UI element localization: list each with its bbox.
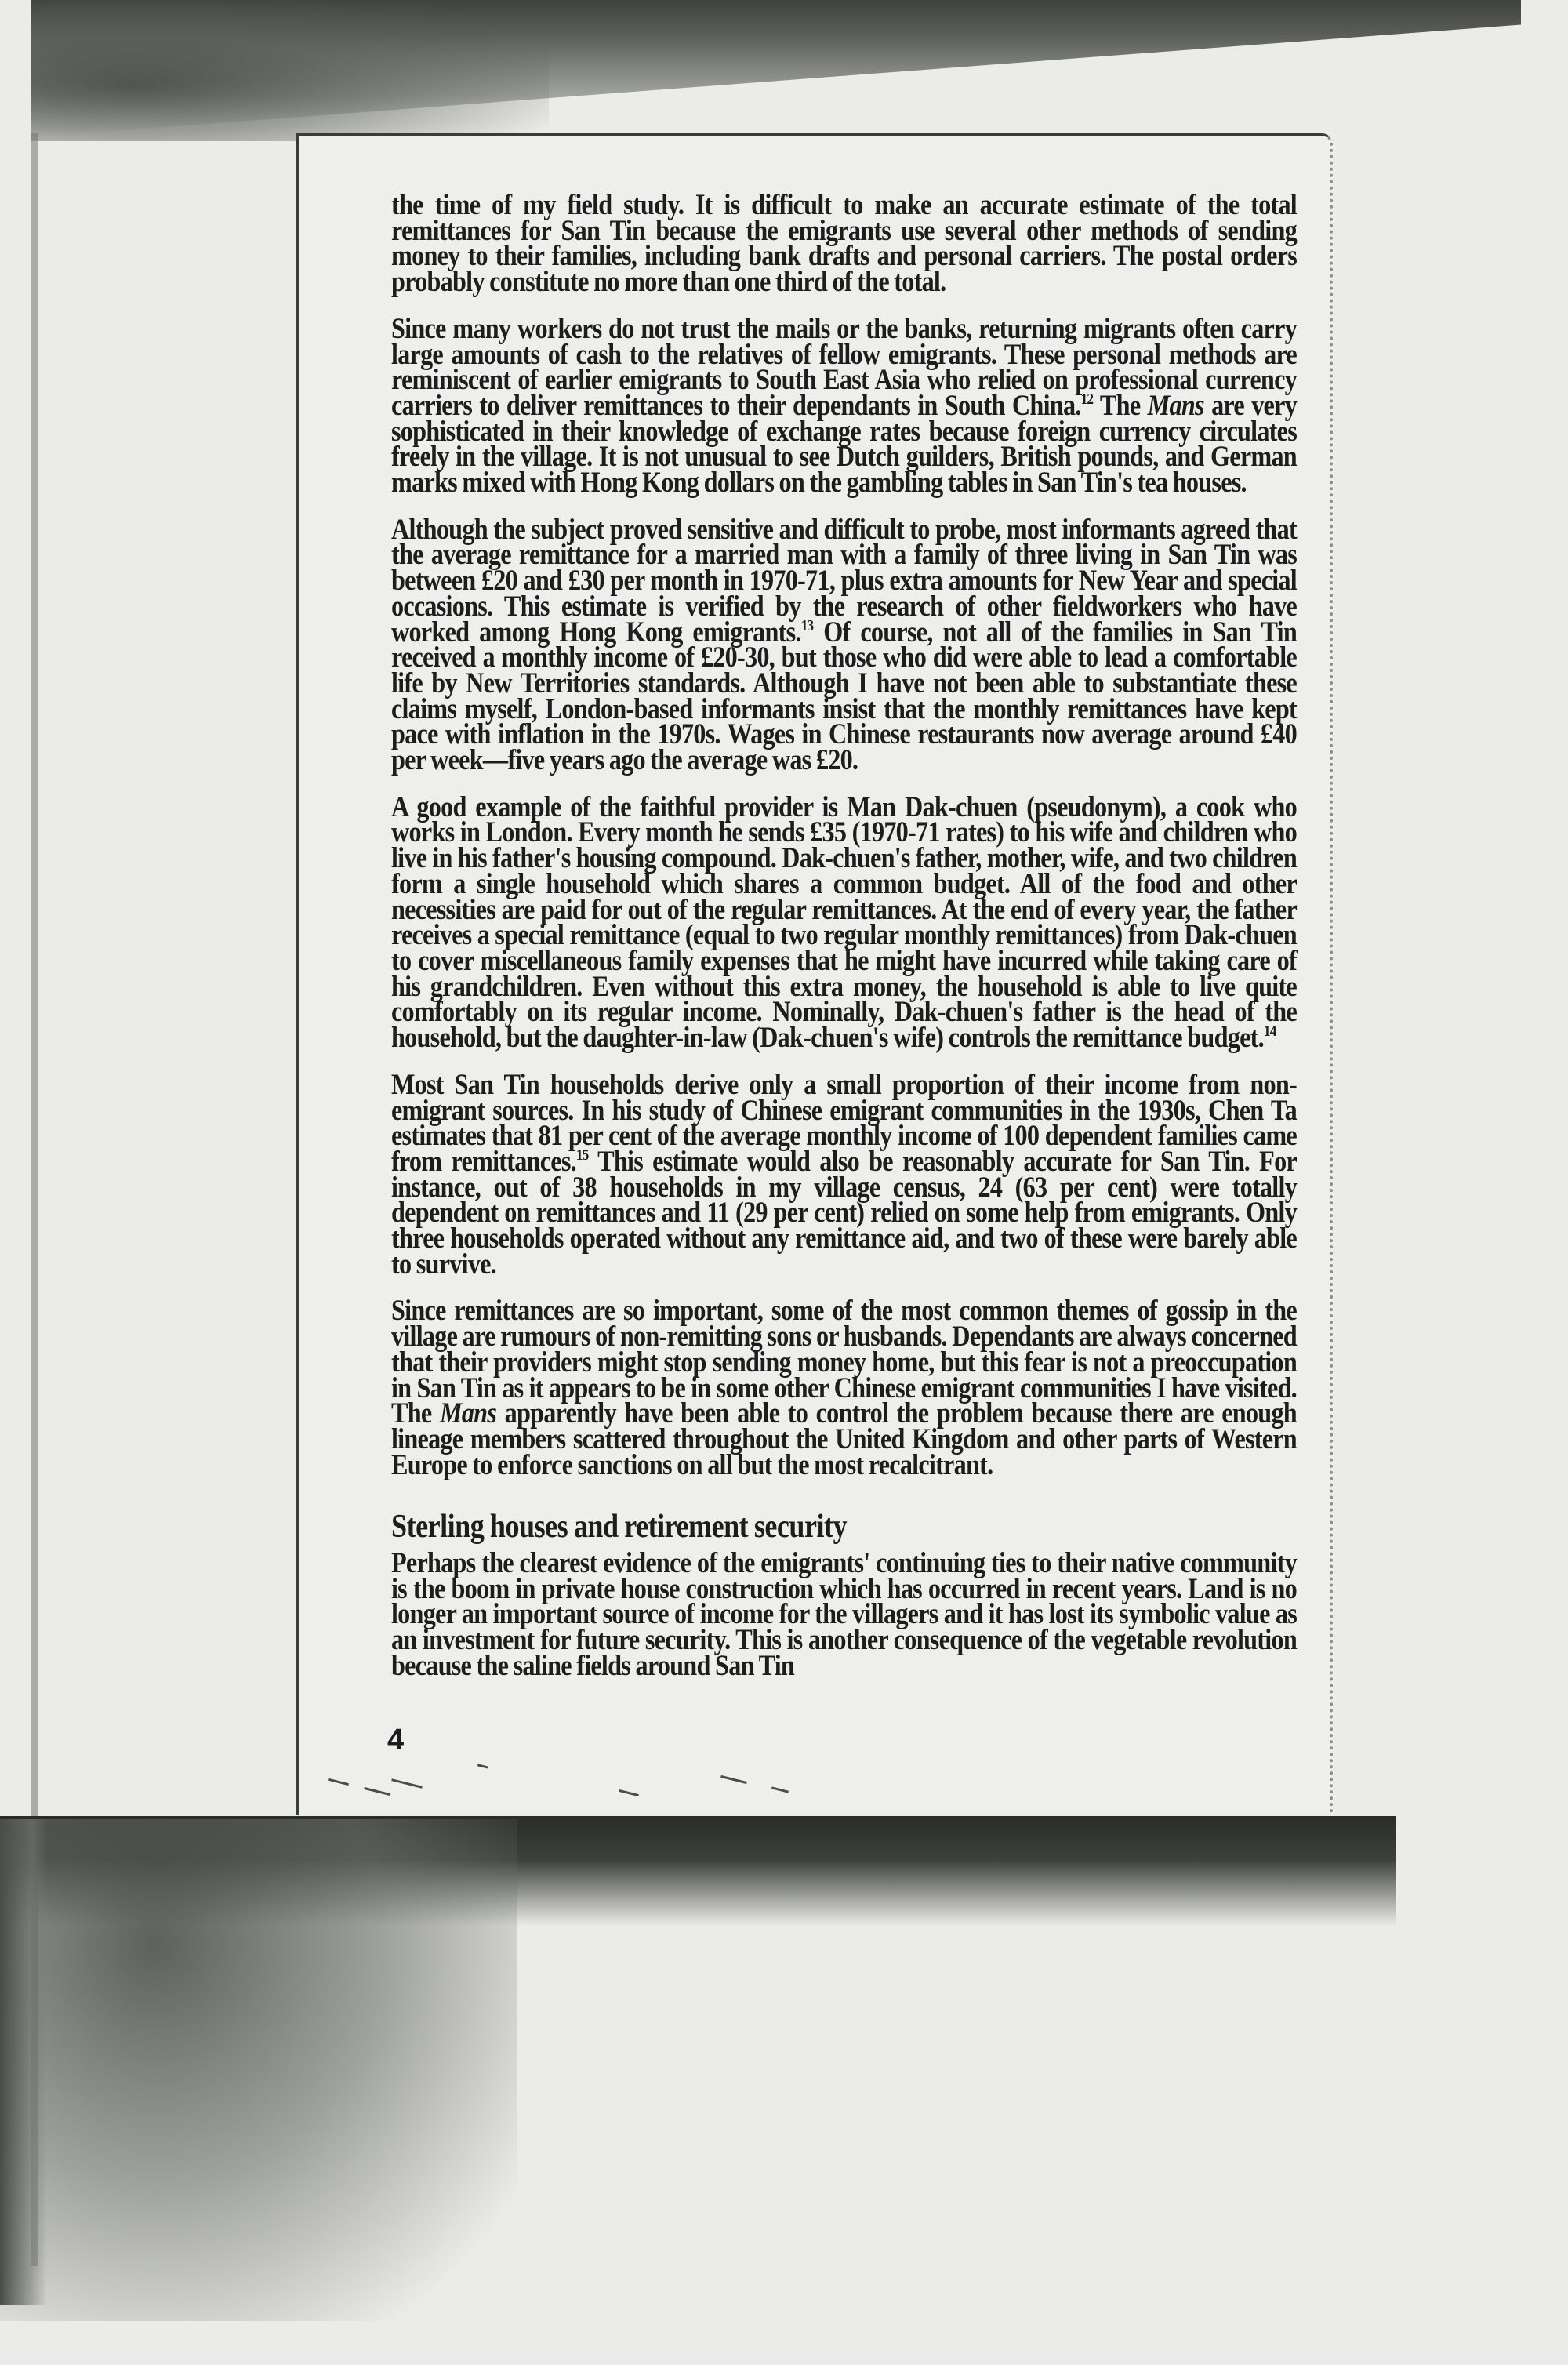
- paragraph: Perhaps the clearest evidence of the emi…: [391, 1551, 1297, 1680]
- document-page: the time of my field study. It is diffic…: [296, 133, 1333, 1815]
- footnote-ref: 14: [1264, 1023, 1276, 1040]
- paragraph: Most San Tin households derive only a sm…: [391, 1073, 1297, 1278]
- paragraph: the time of my field study. It is diffic…: [391, 193, 1297, 296]
- scan-noise-marks: [313, 1759, 877, 1806]
- paragraph: Since many workers do not trust the mail…: [391, 317, 1297, 496]
- paragraph-text: the time of my field study. It is diffic…: [391, 189, 1297, 298]
- footnote-ref: 15: [576, 1146, 589, 1164]
- paragraph-text: apparently have been able to control the…: [391, 1397, 1297, 1480]
- scan-shadow-bottom-left: [0, 1819, 517, 2321]
- section-heading: Sterling houses and retirement security: [391, 1514, 1297, 1540]
- paragraph: Since remittances are so important, some…: [391, 1299, 1297, 1478]
- paragraph-text: A good example of the faithful provider …: [391, 791, 1297, 1054]
- scan-shadow-top-left: [31, 0, 549, 141]
- paragraph-text: Perhaps the clearest evidence of the emi…: [391, 1547, 1297, 1682]
- document-body: the time of my field study. It is diffic…: [391, 193, 1297, 1701]
- footnote-ref: 12: [1081, 391, 1094, 408]
- page-number: 4: [387, 1724, 404, 1757]
- scan-edge-bottom-left: [0, 1819, 47, 2305]
- footnote-ref: 13: [801, 617, 814, 634]
- paragraph: A good example of the faithful provider …: [391, 795, 1297, 1052]
- paragraph: Although the subject proved sensitive an…: [391, 518, 1297, 774]
